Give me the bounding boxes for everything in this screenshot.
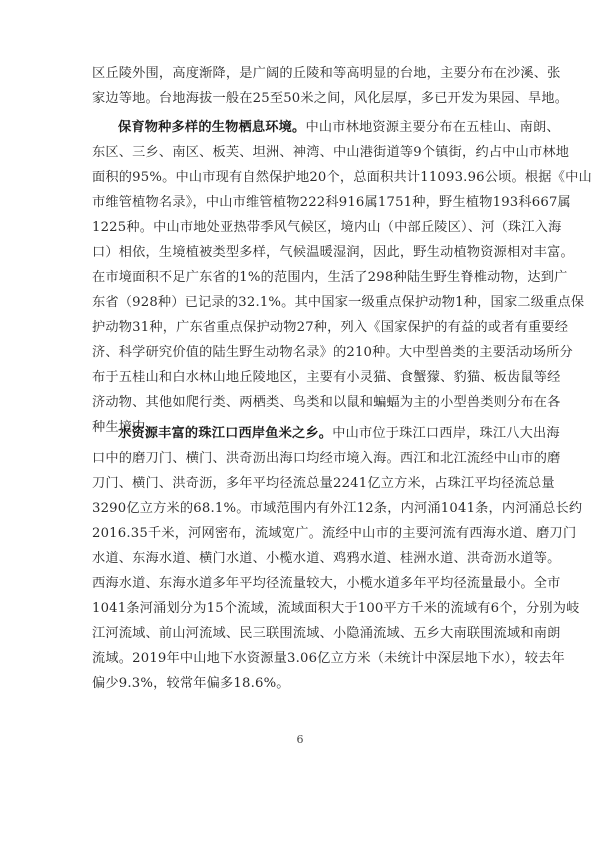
paragraph-biodiversity: 保育物种多样的生物栖息环境。中山市林地资源主要分布在五桂山、南朗、 东区、三乡、… [92,115,510,440]
text-line: 面积的95%。中山市现有自然保护地20个，总面积共计11093.96公顷。根据《… [92,165,510,190]
text-line: 布于五桂山和白水林山地丘陵地区，主要有小灵猫、食蟹獴、豹猫、板齿鼠等经 [92,365,510,390]
text-line: 1041条河涌划分为15个流域，流域面积大于100平方千米的流域有6个，分别为岐 [92,596,510,621]
text-line: 区丘陵外围，高度渐降，是广阔的丘陵和等高明显的台地，主要分布在沙溪、张 [92,61,510,86]
paragraph-first-line: 保育物种多样的生物栖息环境。中山市林地资源主要分布在五桂山、南朗、 [92,115,510,140]
document-page: 区丘陵外围，高度渐降，是广阔的丘陵和等高明显的台地，主要分布在沙溪、张 家边等地… [0,0,600,848]
text-span: 中山市林地资源主要分布在五桂山、南朗、 [305,120,559,135]
page-number: 6 [0,733,600,746]
paragraph-water-resources: 水资源丰富的珠江口西岸鱼米之乡。中山市位于珠江口西岸，珠江八大出海 口中的磨刀门… [92,421,510,696]
text-line: 护动物31种，广东省重点保护动物27种，列入《国家保护的有益的或者有重要经 [92,315,510,340]
text-line: 东省（928种）已记录的32.1%。其中国家一级重点保护动物1种，国家二级重点保 [92,290,510,315]
text-line: 东区、三乡、南区、板芙、坦洲、神湾、中山港街道等9个镇街，约占中山市林地 [92,140,510,165]
paragraph-terrain: 区丘陵外围，高度渐降，是广阔的丘陵和等高明显的台地，主要分布在沙溪、张 家边等地… [92,61,510,111]
text-line: 偏少9.3%，较常年偏多18.6%。 [92,671,510,696]
text-line: 3290亿立方米的68.1%。市域范围内有外江12条，内河涌1041条，内河涌总… [92,496,510,521]
text-span: 中山市位于珠江口西岸，珠江八大出海 [332,426,560,441]
text-line: 市维管植物名录》，中山市维管植物222科916属1751种，野生植物193科66… [92,190,510,215]
text-line: 济、科学研究价值的陆生野生动物名录》的210种。大中型兽类的主要活动场所分 [92,340,510,365]
text-line: 流域。2019年中山地下水资源量3.06亿立方米（未统计中深层地下水），较去年 [92,646,510,671]
text-line: 水道、东海水道、横门水道、小榄水道、鸡鸦水道、桂洲水道、洪奇沥水道等。 [92,546,510,571]
text-line: 口）相依，生境植被类型多样，气候温暖湿润，因此，野生动植物资源相对丰富。 [92,240,510,265]
paragraph-first-line: 水资源丰富的珠江口西岸鱼米之乡。中山市位于珠江口西岸，珠江八大出海 [92,421,510,446]
text-line: 江河流域、前山河流域、民三联围流域、小隐涌流域、五乡大南联围流域和南朗 [92,621,510,646]
text-line: 1225种。中山市地处亚热带季风气候区，境内山（中部丘陵区）、河（珠江入海 [92,215,510,240]
text-line: 西海水道、东海水道多年平均径流量较大，小榄水道多年平均径流量最小。全市 [92,571,510,596]
text-line: 济动物、其他如爬行类、两栖类、鸟类和以鼠和蝙蝠为主的小型兽类则分布在各 [92,390,510,415]
paragraph-heading: 保育物种多样的生物栖息环境。 [118,120,305,135]
text-line: 家边等地。台地海拔一般在25至50米之间，风化层厚，多已开发为果园、旱地。 [92,86,510,111]
text-line: 口中的磨刀门、横门、洪奇沥出海口均经市境入海。西江和北江流经中山市的磨 [92,446,510,471]
text-line: 在市境面积不足广东省的1%的范围内，生活了298种陆生野生脊椎动物，达到广 [92,265,510,290]
text-line: 刀门、横门、洪奇沥，多年平均径流总量2241亿立方米，占珠江平均径流总量 [92,471,510,496]
text-line: 2016.35千米，河网密布，流域宽广。流经中山市的主要河流有西海水道、磨刀门 [92,521,510,546]
paragraph-heading: 水资源丰富的珠江口西岸鱼米之乡。 [118,426,332,441]
